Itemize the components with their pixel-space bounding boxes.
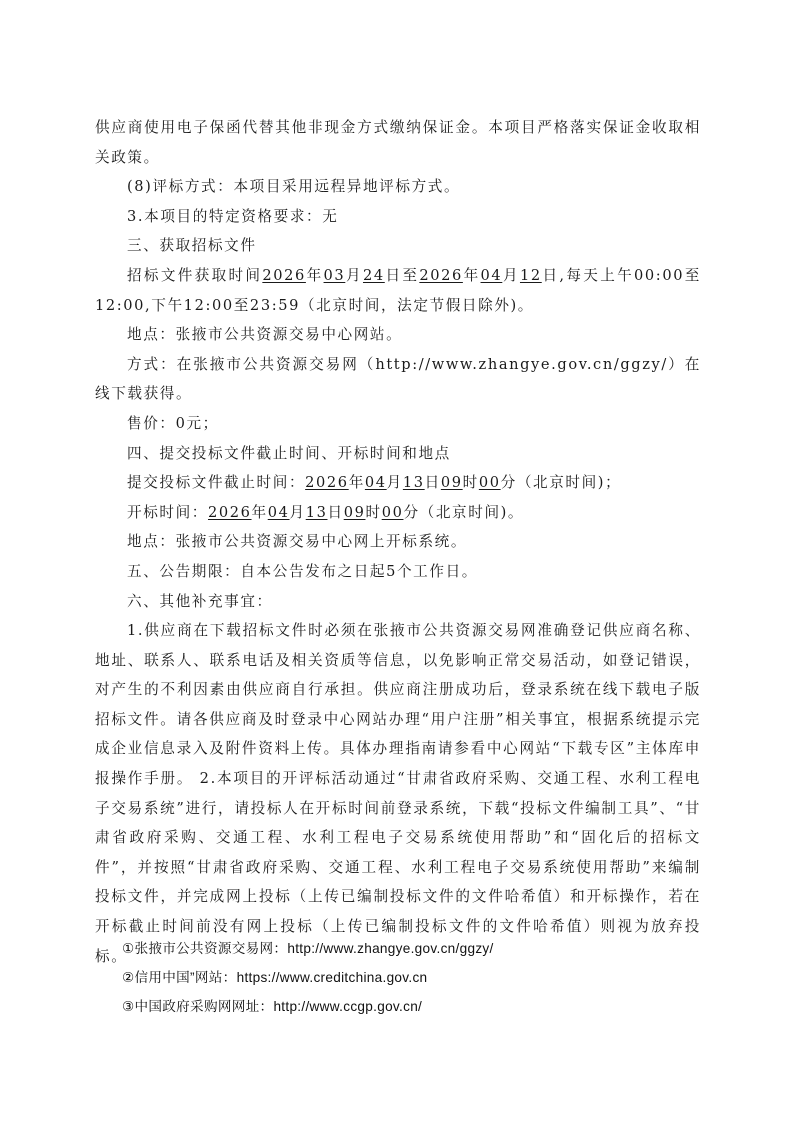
link-url[interactable]: http://www.zhangye.gov.cn/ggzy/ [287, 941, 493, 956]
text: 分（北京时间)。 [403, 504, 524, 521]
paragraph-obtain-time: 招标文件获取时间2026年03月24日至2026年04月12日,每天上午00:0… [95, 261, 701, 320]
deadline-year: 2026 [305, 474, 349, 491]
section-heading-deadline: 四、提交投标文件截止时间、开标时间和地点 [95, 439, 701, 469]
start-day: 24 [363, 267, 385, 284]
link-item: ③中国政府采购网网址：http://www.ccgp.gov.cn/ [122, 992, 682, 1021]
text: 开标时间： [127, 504, 208, 521]
text: 日 [328, 504, 344, 521]
text: 招标文件获取时间 [127, 267, 262, 284]
text: 月 [345, 267, 363, 284]
text: 提交投标文件截止时间： [127, 474, 305, 491]
text: 月 [290, 504, 306, 521]
reference-links: ①张掖市公共资源交易网：http://www.zhangye.gov.cn/gg… [122, 934, 682, 1021]
paragraph-evaluation-method: (8)评标方式：本项目采用远程异地评标方式。 [95, 172, 701, 202]
start-year: 2026 [262, 267, 306, 284]
text: 年 [463, 267, 481, 284]
text: 月 [387, 474, 403, 491]
deadline-day: 13 [403, 474, 425, 491]
paragraph-submission-deadline: 提交投标文件截止时间：2026年04月13日09时00分（北京时间)； [95, 468, 701, 498]
text: 分（北京时间)； [501, 474, 622, 491]
deadline-hour: 09 [441, 474, 463, 491]
section-heading-other-matters: 六、其他补充事宜： [95, 587, 701, 617]
opening-minute: 00 [382, 504, 404, 521]
text: 年 [306, 267, 324, 284]
text: 月 [502, 267, 520, 284]
deadline-minute: 00 [479, 474, 501, 491]
paragraph-opening-time: 开标时间：2026年04月13日09时00分（北京时间)。 [95, 498, 701, 528]
link-url[interactable]: http://www.ccgp.gov.cn/ [273, 999, 422, 1014]
end-year: 2026 [419, 267, 463, 284]
start-month: 03 [324, 267, 346, 284]
link-label: ③中国政府采购网网址： [122, 999, 273, 1014]
paragraph-price: 售价：0元； [95, 409, 701, 439]
link-label: ②信用中国”网站： [122, 970, 237, 985]
section-heading-notice-period: 五、公告期限：自本公告发布之日起5个工作日。 [95, 557, 701, 587]
paragraph-deposit-policy: 供应商使用电子保函代替其他非现金方式缴纳保证金。本项目严格落实保证金收取相关政策… [95, 113, 701, 172]
text: 时 [365, 504, 381, 521]
text: 日至 [385, 267, 420, 284]
link-item: ②信用中国”网站：https://www.creditchina.gov.cn [122, 963, 682, 992]
section-heading-obtain-documents: 三、获取招标文件 [95, 231, 701, 261]
text: 年 [252, 504, 268, 521]
link-url[interactable]: https://www.creditchina.gov.cn [237, 970, 428, 985]
opening-day: 13 [306, 504, 328, 521]
end-month: 04 [481, 267, 503, 284]
opening-year: 2026 [208, 504, 252, 521]
paragraph-location: 地点：张掖市公共资源交易中心网站。 [95, 320, 701, 350]
text: 日 [425, 474, 441, 491]
paragraph-supplier-instructions: 1.供应商在下载招标文件时必须在张掖市公共资源交易网准确登记供应商名称、地址、联… [95, 616, 701, 971]
opening-hour: 09 [344, 504, 366, 521]
text: 年 [349, 474, 365, 491]
paragraph-qualification: 3.本项目的特定资格要求：无 [95, 202, 701, 232]
deadline-month: 04 [365, 474, 387, 491]
end-day: 12 [520, 267, 542, 284]
document-body: 供应商使用电子保函代替其他非现金方式缴纳保证金。本项目严格落实保证金收取相关政策… [95, 113, 701, 971]
document-page: 供应商使用电子保函代替其他非现金方式缴纳保证金。本项目严格落实保证金收取相关政策… [0, 0, 793, 1122]
paragraph-method: 方式：在张掖市公共资源交易网（http://www.zhangye.gov.cn… [95, 350, 701, 409]
paragraph-opening-location: 地点：张掖市公共资源交易中心网上开标系统。 [95, 527, 701, 557]
link-label: ①张掖市公共资源交易网： [122, 941, 287, 956]
text: 时 [463, 474, 479, 491]
link-item: ①张掖市公共资源交易网：http://www.zhangye.gov.cn/gg… [122, 934, 682, 963]
opening-month: 04 [268, 504, 290, 521]
